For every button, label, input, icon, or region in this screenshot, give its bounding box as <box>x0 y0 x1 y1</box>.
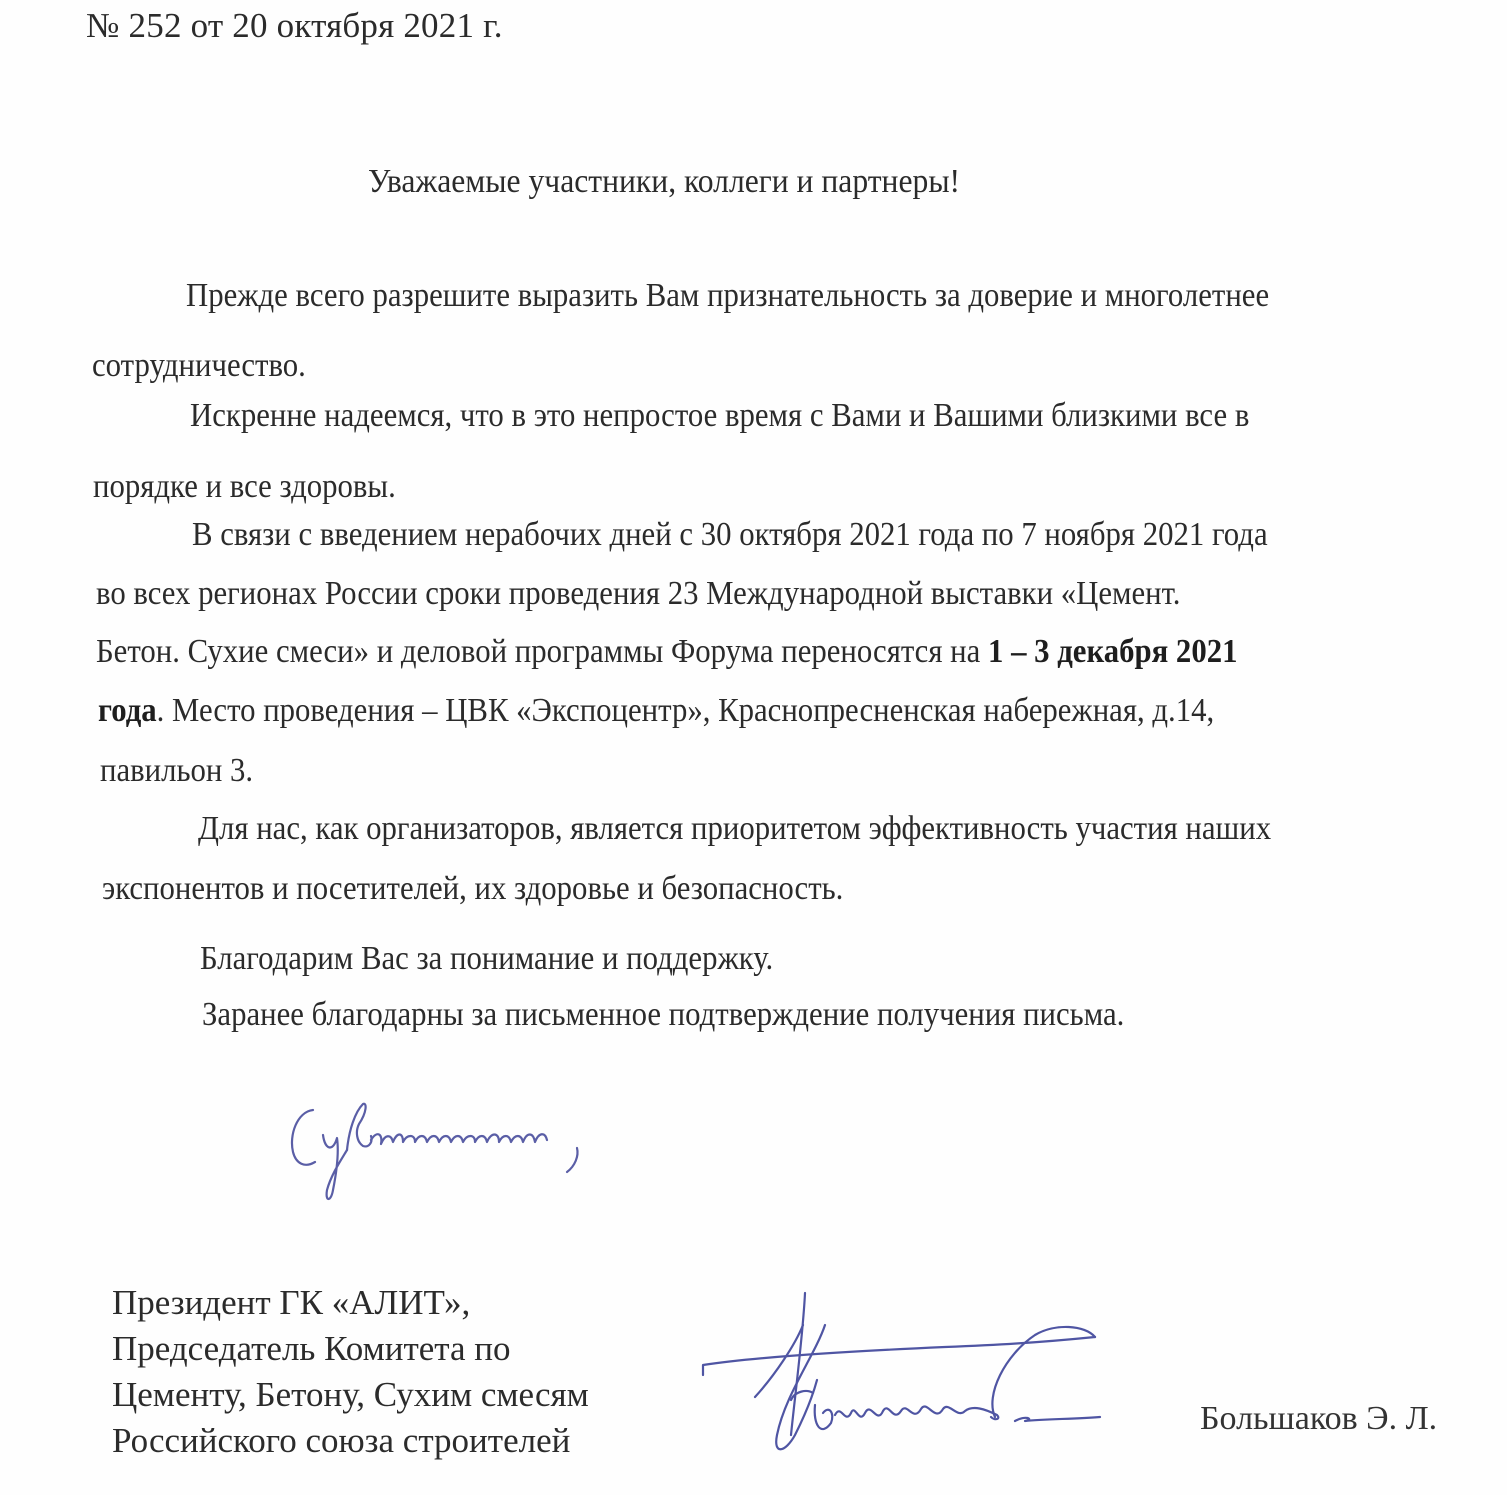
letter-page: № 252 от 20 октября 2021 г. Уважаемые уч… <box>0 0 1507 1495</box>
paragraph-2-line-2: порядке и все здоровы. <box>93 468 396 506</box>
paragraph-3-line-3: Бетон. Сухие смеси» и деловой программы … <box>96 633 1237 671</box>
signatory-title-line-3: Цементу, Бетону, Сухим смесям <box>112 1372 589 1418</box>
handwritten-closing <box>285 1090 595 1215</box>
handwritten-closing-icon <box>285 1090 595 1215</box>
paragraph-6-line-1: Заранее благодарны за письменное подтвер… <box>202 996 1124 1034</box>
venue-text: . Место проведения – ЦВК «Экспоцентр», К… <box>157 692 1215 729</box>
paragraph-1-line-2: сотрудничество. <box>92 347 306 385</box>
new-dates-year-word: года <box>98 692 157 729</box>
signatory-title-line-4: Российского союза строителей <box>112 1418 589 1464</box>
signature-icon <box>695 1285 1115 1475</box>
signer-name: Большаков Э. Л. <box>1200 1400 1437 1438</box>
paragraph-3-line-2: во всех регионах России сроки проведения… <box>96 575 1180 613</box>
paragraph-4-line-1: Для нас, как организаторов, является при… <box>198 810 1271 848</box>
paragraph-3-line-4: года. Место проведения – ЦВК «Экспоцентр… <box>98 692 1214 730</box>
paragraph-3-line-1: В связи с введением нерабочих дней с 30 … <box>192 516 1268 554</box>
paragraph-1-line-1: Прежде всего разрешите выразить Вам приз… <box>186 277 1269 315</box>
paragraph-5-line-1: Благодарим Вас за понимание и поддержку. <box>200 940 773 978</box>
paragraph-4-line-2: экспонентов и посетителей, их здоровье и… <box>102 870 843 908</box>
new-dates-highlight: 1 – 3 декабря 2021 <box>988 633 1237 670</box>
signatory-title-line-1: Президент ГК «АЛИТ», <box>112 1280 589 1326</box>
signatory-title-line-2: Председатель Комитета по <box>112 1326 589 1372</box>
signature <box>695 1285 1115 1475</box>
paragraph-3-line-3-text: Бетон. Сухие смеси» и деловой программы … <box>96 633 988 670</box>
letter-number: № 252 от 20 октября 2021 г. <box>86 6 503 46</box>
signatory-title: Президент ГК «АЛИТ», Председатель Комите… <box>112 1280 589 1464</box>
paragraph-3-line-5: павильон 3. <box>100 752 253 790</box>
paragraph-2-line-1: Искренне надеемся, что в это непростое в… <box>190 397 1249 435</box>
salutation: Уважаемые участники, коллеги и партнеры! <box>368 163 960 201</box>
